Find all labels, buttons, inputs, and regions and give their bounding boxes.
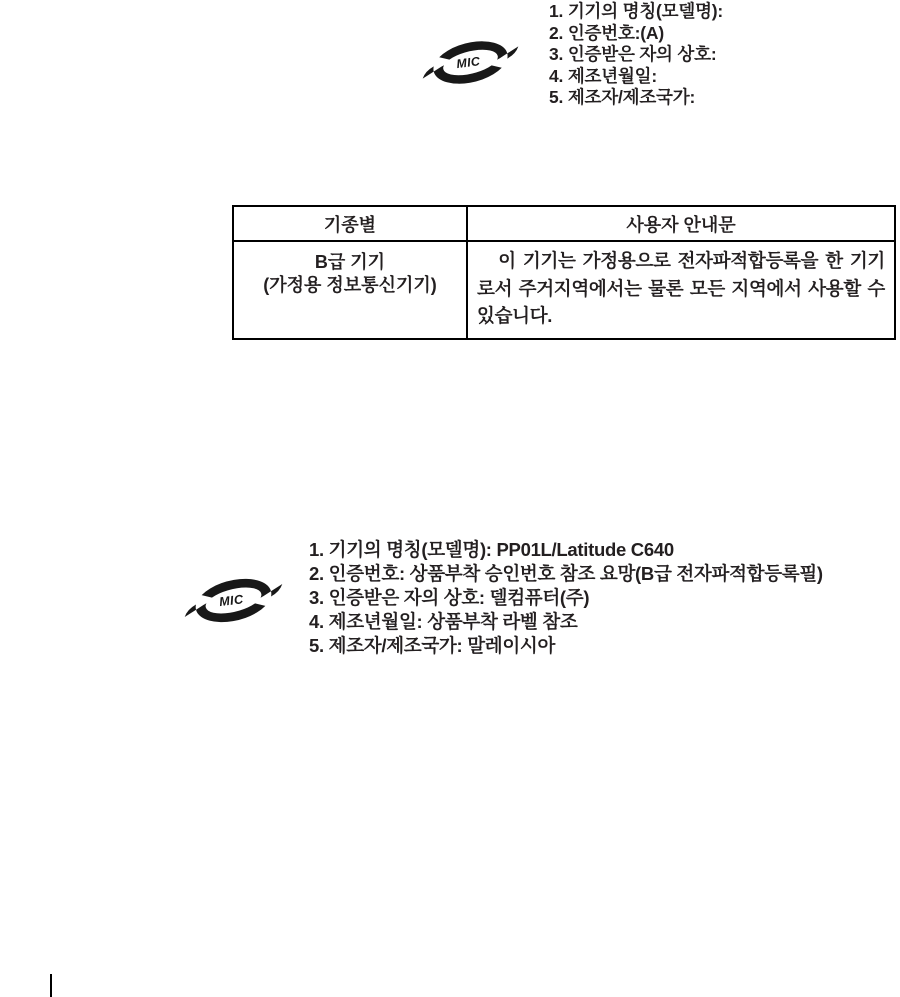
- list-item-line: 2. 인증번호: 상품부착 승인번호 참조 요망(B급 전자파적합등록필): [309, 562, 823, 586]
- cell-device-type: B급 기기 (가정용 정보통신기기): [233, 241, 467, 339]
- list-item-line: 5. 제조자/제조국가: 말레이시아: [309, 634, 823, 658]
- document-page: MIC 1. 기기의 명칭(모델명): 2. 인증번호:(A) 3. 인증받은 …: [0, 0, 900, 997]
- mic-logo-icon: MIC: [421, 31, 520, 94]
- table-header-row: 기종별 사용자 안내문: [233, 206, 895, 241]
- class-b-notice-table: 기종별 사용자 안내문 B급 기기 (가정용 정보통신기기) 이 기기는 가정용…: [232, 205, 896, 340]
- column-header-device-type: 기종별: [233, 206, 467, 241]
- list-item-line: 4. 제조년월일:: [549, 66, 723, 88]
- mic-logo-icon: MIC: [183, 568, 284, 633]
- table-row: B급 기기 (가정용 정보통신기기) 이 기기는 가정용으로 전자파적합등록을 …: [233, 241, 895, 339]
- list-item-line: 4. 제조년월일: 상품부착 라벨 참조: [309, 610, 823, 634]
- device-type-line2: (가정용 정보통신기기): [235, 274, 465, 297]
- cell-user-guidance: 이 기기는 가정용으로 전자파적합등록을 한 기기로서 주거지역에서는 물론 모…: [467, 241, 895, 339]
- device-type-line1: B급 기기: [235, 251, 465, 274]
- mic-logo-label: MIC: [456, 54, 482, 71]
- list-item-line: 5. 제조자/제조국가:: [549, 87, 723, 109]
- list-item-line: 2. 인증번호:(A): [549, 23, 723, 45]
- list-item-line: 1. 기기의 명칭(모델명):: [549, 1, 723, 23]
- mic-logo-label: MIC: [218, 592, 244, 609]
- page-crop-mark: [50, 974, 52, 997]
- mic-certification-blank-list: 1. 기기의 명칭(모델명): 2. 인증번호:(A) 3. 인증받은 자의 상…: [549, 1, 723, 109]
- list-item-line: 1. 기기의 명칭(모델명): PP01L/Latitude C640: [309, 538, 823, 562]
- list-item-line: 3. 인증받은 자의 상호:: [549, 44, 723, 66]
- mic-certification-filled-list: 1. 기기의 명칭(모델명): PP01L/Latitude C640 2. 인…: [309, 538, 823, 658]
- list-item-line: 3. 인증받은 자의 상호: 델컴퓨터(주): [309, 586, 823, 610]
- column-header-user-guidance: 사용자 안내문: [467, 206, 895, 241]
